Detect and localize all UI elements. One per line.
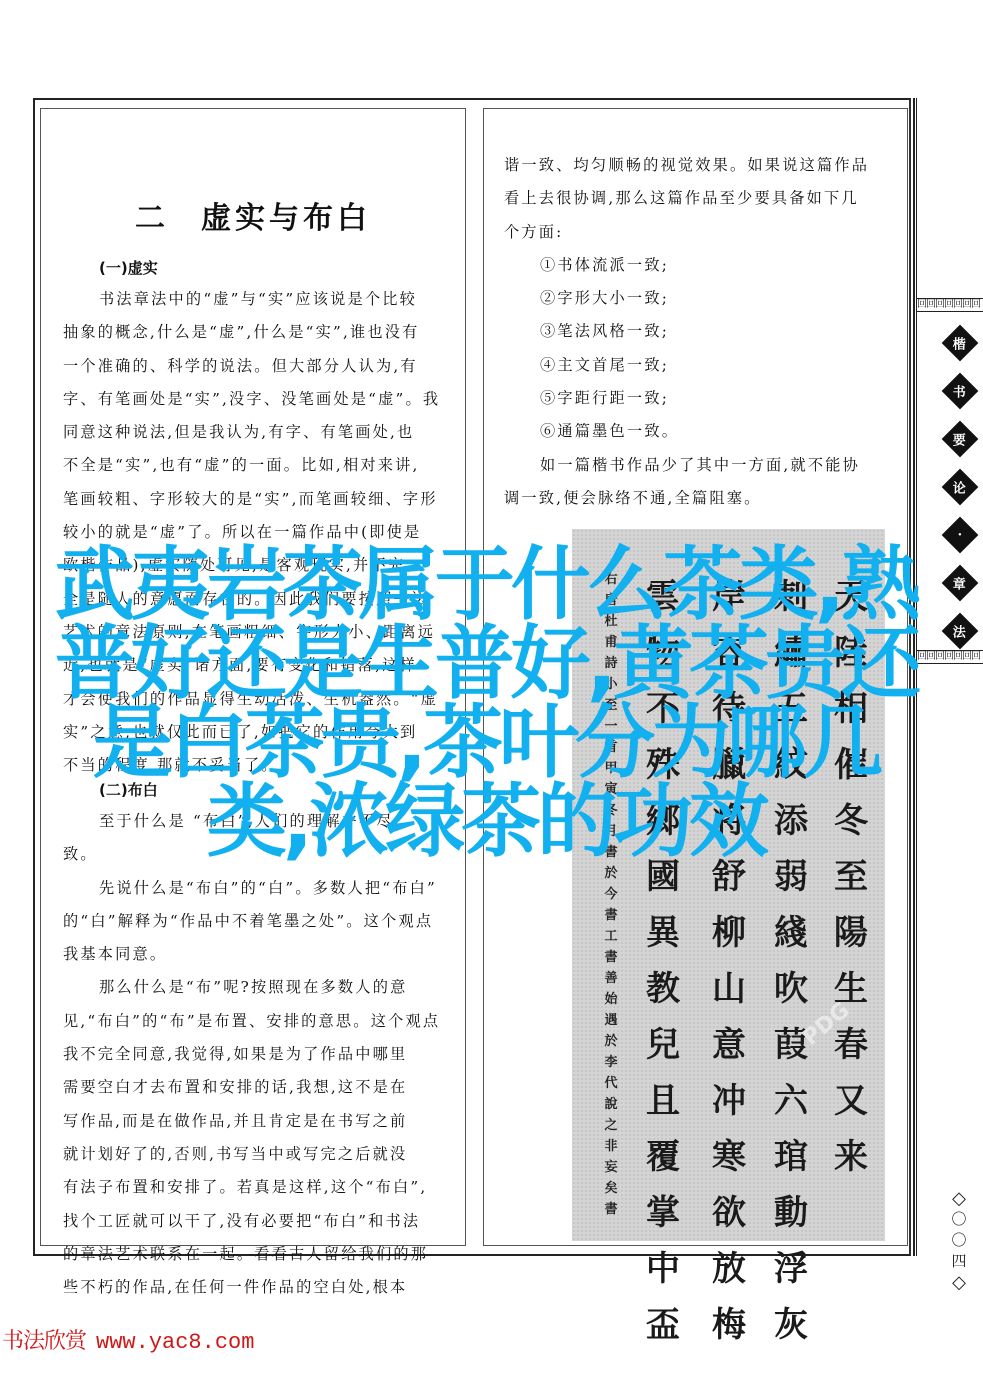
meander-border-top: 回回回回回回回 [917,298,983,312]
text-line: 字、有笔画处是“实”,没字、没笔画处是“虚”。我 [63,383,447,416]
text-line: 抽象的概念,什么是“虚”,什么是“实”,谁也没有 [63,316,447,349]
diamond-label-icon: 论 [942,469,979,506]
text-line: 同意这种说法,但是我认为,有字、有笔画处,也 [63,416,447,449]
diamond-label-icon: 章 [942,565,979,602]
text-line: 的章法艺术联系在一起。看看古人留给我们的那 [63,1238,447,1271]
text-line: 我基本同意。 [63,938,447,971]
text-line: 调一致,便会脉络不通,全篇阻塞。 [504,482,894,515]
diamond-label-icon: · [942,517,979,554]
text-line: 我不完全同意,我觉得,如果是为了作品中哪里 [63,1038,447,1071]
text-line: 个方面: [504,216,894,249]
text-line: 看上去很协调,那么这篇作品至少要具备如下几 [504,182,894,215]
diamond-label-icon: 要 [942,421,979,458]
book-section-tab: 楷 书 要 论 · 章 法 [940,330,980,666]
right-intro: 谐一致、均匀顺畅的视觉效果。如果说这篇作品 看上去很协调,那么这篇作品至少要具备… [504,149,894,515]
text-line: 一个准确的、科学的说法。但大部分人认为,有 [63,350,447,383]
page-digit: 四 [945,1251,973,1272]
overlay-headline: 武夷岩茶属于什么茶类,熟普好还是生普好,黄茶贵还是白茶贵,茶叶分为哪几类,浓绿茶… [46,545,926,861]
diamond-outline-icon: ◇ [945,1188,973,1209]
list-item: ⑥通篇墨色一致。 [504,415,894,448]
text-line: 不全是“实”,也有“虚”的一面。比如,相对来讲, [63,449,447,482]
diamond-label-icon: 书 [942,373,979,410]
list-item: ④主文首尾一致; [504,349,894,382]
section-bubai-body: 至于什么是 “布白”,人们的理解并不尽 致。 先说什么是“布白”的“白”。多数人… [63,805,447,1304]
text-line: 需要空白才去布置和安排的话,我想,这不是在 [63,1071,447,1104]
text-line: 谐一致、均匀顺畅的视觉效果。如果说这篇作品 [504,149,894,182]
diamond-label-icon: 楷 [942,325,979,362]
footer-site-url[interactable]: www.yac8.com [96,1330,254,1355]
chapter-title-text: 虚实与布白 [201,201,371,236]
section-heading-xushi: (一)虚实 [99,257,158,278]
text-line: 笔画较粗、字形较大的是“实”,而笔画较细、字形 [63,483,447,516]
text-line: 找个工匠就可以干了,没有必要把“布白”和书法 [63,1205,447,1238]
text-line: 的“白”解释为“作品中不着笔墨之处”。这个观点 [63,905,447,938]
chapter-number: 二 [135,201,169,236]
page-digit: 〇 [945,1209,973,1230]
list-item: ①书体流派一致; [504,249,894,282]
text-line: 见,“布白”的“布”是布置、安排的意思。这个观点 [63,1005,447,1038]
text-line: 有法子布置和安排了。若真是这样,这个“布白”, [63,1171,447,1204]
list-item: ⑤字距行距一致; [504,382,894,415]
list-item: ②字形大小一致; [504,282,894,315]
diamond-label-icon: 法 [942,613,979,650]
page-number: ◇ 〇 〇 四 ◇ [945,1188,973,1293]
text-line: 就计划好了的,否则,书写当中或写完之后就没 [63,1138,447,1171]
footer-credit[interactable]: 书法欣赏www.yac8.com [2,1324,254,1355]
diamond-outline-icon: ◇ [945,1272,973,1293]
meander-border-bottom: 回回回回回回回 [917,650,983,664]
page-digit: 〇 [945,1230,973,1251]
text-line: 书法章法中的“虚”与“实”应该说是个比较 [63,283,447,316]
text-line: 那么什么是“布”呢?按照现在多数人的意 [63,971,447,1004]
text-line: 写作品,而是在做作品,并且肯定是在书写之前 [63,1105,447,1138]
text-line: 些不朽的作品,在任何一件作品的空白处,根本 [63,1271,447,1304]
list-item: ③笔法风格一致; [504,315,894,348]
footer-site-name: 书法欣赏 [2,1329,86,1354]
text-line: 先说什么是“布白”的“白”。多数人把“布白” [63,872,447,905]
chapter-title: 二虚实与布白 [41,193,465,237]
text-line: 如一篇楷书作品少了其中一方面,就不能协 [504,449,894,482]
